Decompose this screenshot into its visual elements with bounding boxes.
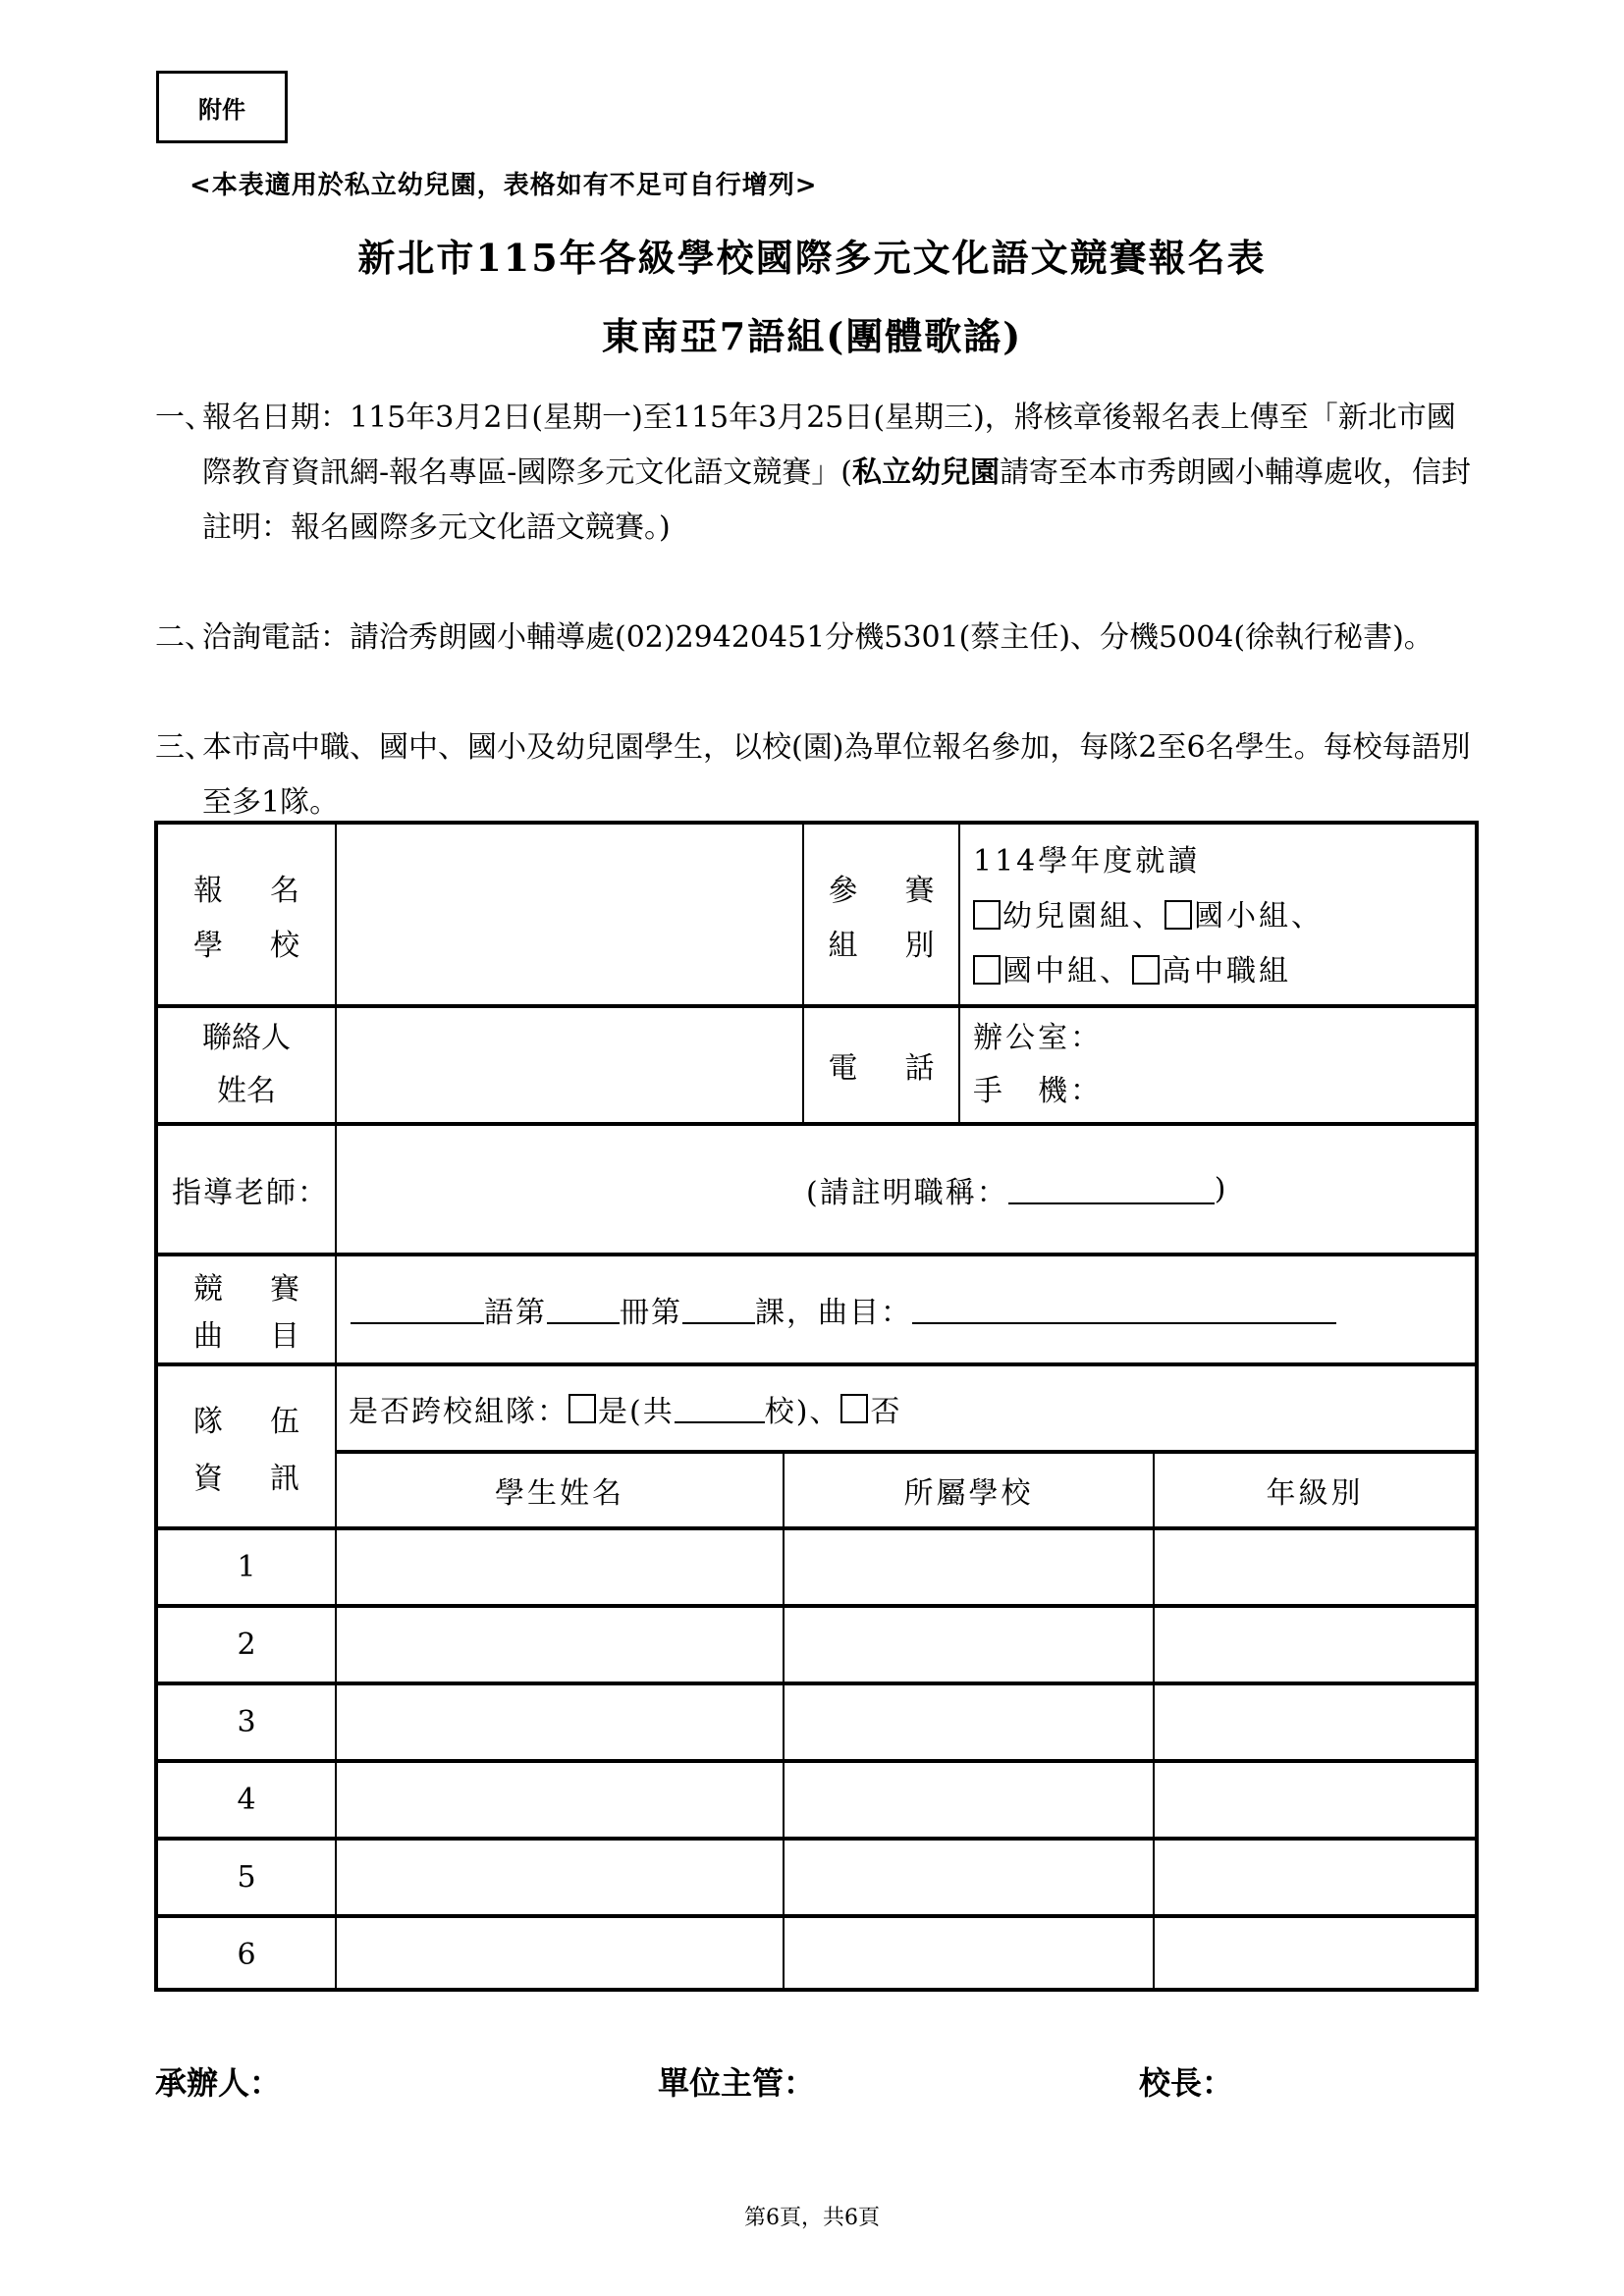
instruction-1: 一、 報名日期：115年3月2日(星期一)至115年3月25日(星期三)，將核章…	[155, 391, 1481, 556]
competition-label: 競 賽 曲 目	[158, 1256, 335, 1362]
student-grade-input[interactable]	[1155, 1608, 1475, 1682]
row-index: 2	[158, 1608, 335, 1682]
label-char: 名	[270, 866, 299, 909]
label-char: 別	[905, 921, 935, 964]
label-char: 曲	[193, 1311, 223, 1355]
contact-label: 聯絡人 姓名	[158, 1008, 335, 1122]
column-header-school: 所屬學校	[785, 1454, 1153, 1526]
phone-mobile-field[interactable]: 手 機：	[973, 1065, 1103, 1118]
song-title-blank[interactable]	[912, 1295, 1336, 1324]
applicability-note: <本表適用於私立幼兒園，表格如有不足可自行增列>	[189, 165, 818, 201]
instruction-emphasis: 私立幼兒園	[852, 455, 1000, 490]
student-name-input[interactable]	[337, 1763, 783, 1837]
label-char: 電	[829, 1043, 858, 1087]
student-school-input[interactable]	[785, 1763, 1153, 1837]
option-label: 幼兒園組	[1002, 899, 1132, 934]
option-label: 高中職組	[1162, 954, 1291, 988]
phone-fields: 辦公室： 手 機：	[973, 1008, 1464, 1122]
text: 語第	[484, 1288, 547, 1331]
label-char: 賽	[270, 1264, 299, 1308]
option-label: 否	[870, 1387, 901, 1430]
instruction-text: 本市高中職、國中、國小及幼兒園學生，以校(園)為單位報名參加，每隊2至6名學生。…	[155, 721, 1481, 830]
contact-input[interactable]	[337, 1008, 802, 1122]
label-line: 姓名	[217, 1065, 276, 1118]
instruction-number: 一、	[155, 391, 214, 446]
row-index: 3	[158, 1685, 335, 1759]
student-school-input[interactable]	[785, 1685, 1153, 1759]
student-grade-input[interactable]	[1155, 1841, 1475, 1914]
group-label: 參 賽 組 別	[804, 825, 958, 1004]
teacher-title-blank[interactable]	[1008, 1175, 1215, 1204]
teacher-title-suffix: )	[1215, 1172, 1228, 1206]
cross-school-field: 是否跨校組隊：是(共校)、否	[349, 1366, 1468, 1450]
label-char: 訊	[270, 1454, 299, 1497]
school-count-blank[interactable]	[675, 1394, 765, 1423]
page-subtitle: 東南亞7語組(團體歌謠)	[0, 306, 1624, 360]
label-char: 報	[193, 866, 223, 909]
page-number: 第6頁，共6頁	[0, 2201, 1624, 2231]
label-char: 隊	[193, 1397, 223, 1440]
label-char: 學	[193, 921, 223, 964]
student-name-input[interactable]	[337, 1608, 783, 1682]
team-label: 隊 伍 資 訊	[158, 1366, 335, 1526]
column-header-grade: 年級別	[1155, 1454, 1475, 1526]
group-options: 114學年度就讀 幼兒園組、國小組、 國中組、高中職組	[973, 834, 1464, 1001]
label-char: 資	[193, 1454, 223, 1497]
phone-office-field[interactable]: 辦公室：	[973, 1012, 1103, 1065]
school-label: 報 名 學 校	[158, 825, 335, 1004]
competition-fields: 語第冊第課，曲目：	[351, 1256, 1470, 1362]
checkbox-elementary[interactable]	[1164, 900, 1192, 930]
student-name-input[interactable]	[337, 1841, 783, 1914]
checkbox-junior-high[interactable]	[973, 955, 1001, 985]
volume-blank[interactable]	[547, 1295, 620, 1324]
student-grade-input[interactable]	[1155, 1918, 1475, 1992]
row-index: 1	[158, 1530, 335, 1604]
student-school-input[interactable]	[785, 1841, 1153, 1914]
instruction-2: 二、 洽詢電話：請洽秀朗國小輔導處(02)29420451分機5301(蔡主任)…	[155, 611, 1481, 666]
student-name-input[interactable]	[337, 1685, 783, 1759]
label-char: 話	[905, 1043, 935, 1087]
label-char: 校	[270, 921, 299, 964]
student-school-input[interactable]	[785, 1530, 1153, 1604]
option-label: 校)、	[765, 1387, 841, 1430]
school-input[interactable]	[337, 825, 802, 1004]
instruction-text: 洽詢電話：請洽秀朗國小輔導處(02)29420451分機5301(蔡主任)、分機…	[155, 611, 1481, 666]
checkbox-cross-school-no[interactable]	[840, 1394, 868, 1423]
text: 冊第	[620, 1288, 682, 1331]
label-line: 聯絡人	[202, 1012, 291, 1065]
teacher-title-field[interactable]: (請註明職稱：)	[806, 1126, 1474, 1253]
instruction-3: 三、 本市高中職、國中、國小及幼兒園學生，以校(園)為單位報名參加，每隊2至6名…	[155, 721, 1481, 830]
student-school-input[interactable]	[785, 1918, 1153, 1992]
teacher-field[interactable]: 指導老師：	[172, 1126, 663, 1253]
group-heading: 114學年度就讀	[973, 834, 1324, 889]
student-name-input[interactable]	[337, 1918, 783, 1992]
checkbox-kindergarten[interactable]	[973, 900, 1001, 930]
lesson-blank[interactable]	[682, 1295, 755, 1324]
option-label: 國中組	[1002, 954, 1100, 988]
row-index: 5	[158, 1841, 335, 1914]
label-char: 競	[193, 1264, 223, 1308]
checkbox-cross-school-yes[interactable]	[568, 1394, 596, 1423]
row-index: 4	[158, 1763, 335, 1837]
row-index: 6	[158, 1918, 335, 1992]
signature-supervisor: 單位主管：	[658, 2058, 815, 2104]
signature-principal: 校長：	[1139, 2058, 1233, 2104]
instruction-number: 三、	[155, 721, 214, 775]
option-label: 國小組	[1194, 899, 1291, 934]
student-grade-input[interactable]	[1155, 1530, 1475, 1604]
attachment-box: 附件	[156, 71, 288, 143]
instruction-number: 二、	[155, 611, 214, 666]
label-char: 賽	[905, 866, 935, 909]
label-char: 組	[829, 921, 858, 964]
label-char: 伍	[270, 1397, 299, 1440]
language-blank[interactable]	[351, 1295, 484, 1324]
divider	[958, 825, 960, 1122]
student-school-input[interactable]	[785, 1608, 1153, 1682]
student-name-input[interactable]	[337, 1530, 783, 1604]
option-label: 是(共	[598, 1387, 675, 1430]
checkbox-senior-high[interactable]	[1132, 955, 1160, 985]
column-header-student-name: 學生姓名	[337, 1454, 783, 1526]
student-grade-input[interactable]	[1155, 1763, 1475, 1837]
cross-school-label: 是否跨校組隊：	[349, 1387, 568, 1430]
attachment-label: 附件	[198, 90, 245, 125]
label-char: 參	[829, 866, 858, 909]
teacher-title-prefix: (請註明職稱：	[806, 1168, 1008, 1211]
page-title: 新北市115年各級學校國際多元文化語文競賽報名表	[0, 228, 1624, 282]
phone-label: 電 話	[804, 1008, 958, 1122]
student-grade-input[interactable]	[1155, 1685, 1475, 1759]
registration-form: 報 名 學 校 參 賽 組 別 114學年度就讀 幼兒園組、國小組、 國中組、高…	[154, 821, 1479, 1992]
signature-handler: 承辦人：	[155, 2058, 281, 2104]
text: 課，曲目：	[755, 1288, 912, 1331]
label-char: 目	[270, 1311, 299, 1355]
